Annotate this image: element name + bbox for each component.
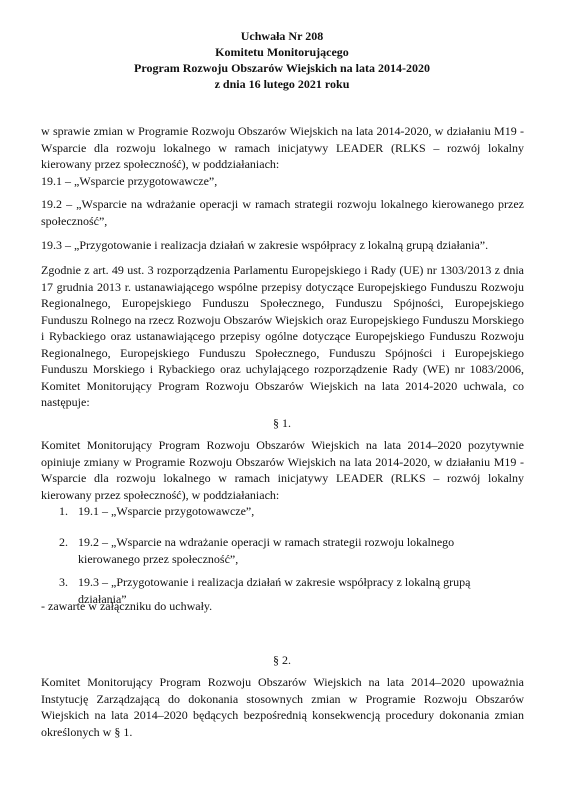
committee-name: Komitetu Monitorującego xyxy=(0,44,564,60)
intro-item-19-2: 19.2 – „Wsparcie na wdrażanie operacji w… xyxy=(41,196,524,229)
section-1-paragraph: Komitet Monitorujący Program Rozwoju Obs… xyxy=(41,437,524,503)
list-text: 19.1 – „Wsparcie przygotowawcze”, xyxy=(78,503,504,520)
intro-item-19-1: 19.1 – „Wsparcie przygotowawcze”, xyxy=(41,173,524,190)
section-2-paragraph: Komitet Monitorujący Program Rozwoju Obs… xyxy=(41,674,524,740)
section-1-closing: - zawarte w załączniku do uchwały. xyxy=(41,598,524,615)
list-number: 2. xyxy=(59,534,68,551)
list-number: 1. xyxy=(59,503,68,520)
intro-paragraph: w sprawie zmian w Programie Rozwoju Obsz… xyxy=(41,123,524,173)
legal-basis-paragraph: Zgodnie z art. 49 ust. 3 rozporządzenia … xyxy=(41,262,524,411)
list-number: 3. xyxy=(59,574,68,591)
section-1-heading: § 1. xyxy=(0,415,564,431)
resolution-header: Uchwała Nr 208 Komitetu Monitorującego P… xyxy=(0,28,564,92)
section-1-list-item: 1. 19.1 – „Wsparcie przygotowawcze”, xyxy=(59,503,504,520)
section-1-list-item: 2. 19.2 – „Wsparcie na wdrażanie operacj… xyxy=(59,534,504,567)
section-2-heading: § 2. xyxy=(0,652,564,668)
resolution-number: Uchwała Nr 208 xyxy=(0,28,564,44)
program-name: Program Rozwoju Obszarów Wiejskich na la… xyxy=(0,60,564,76)
list-text: 19.2 – „Wsparcie na wdrażanie operacji w… xyxy=(78,534,504,567)
intro-item-19-3: 19.3 – „Przygotowanie i realizacja dział… xyxy=(41,237,524,254)
resolution-date: z dnia 16 lutego 2021 roku xyxy=(0,76,564,92)
